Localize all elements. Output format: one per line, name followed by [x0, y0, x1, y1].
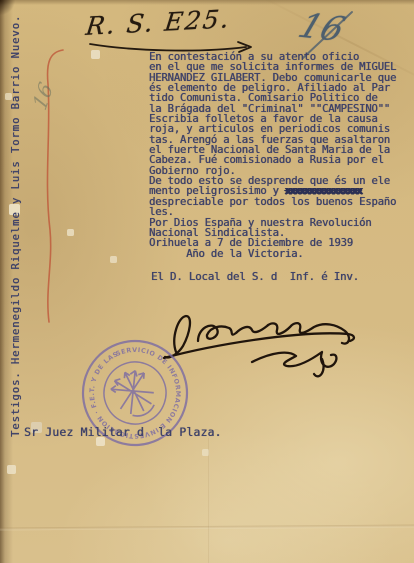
yoke-and-arrows-icon: [107, 365, 161, 423]
addressee-line: Sr Juez Militar d la Plaza.: [24, 425, 222, 439]
scanned-document-page: R. S. E25. 16 16 Testigos. Hermenegildo …: [0, 0, 414, 563]
signature: [0, 0, 414, 563]
